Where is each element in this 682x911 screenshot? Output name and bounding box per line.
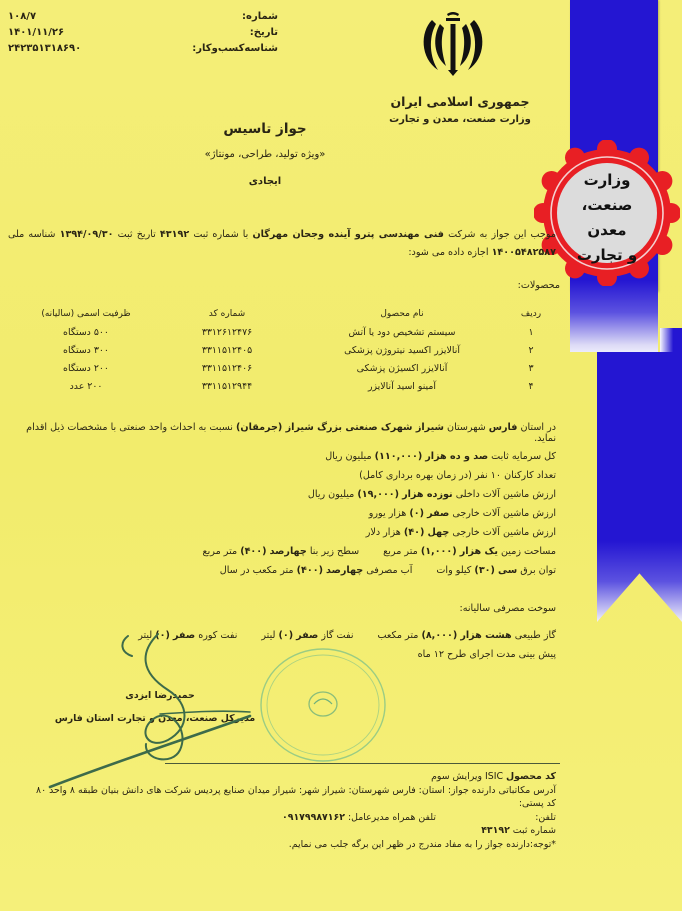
document-title: جواز تاسیس bbox=[180, 121, 350, 137]
county: شیراز شهرک صنعتی بزرگ شیراز (جرمقان) bbox=[236, 422, 444, 433]
spec-value: (۱,۰۰۰) bbox=[421, 546, 457, 557]
product-capacity: ۲۰۰ دستگاه bbox=[20, 363, 152, 374]
spec-unit: متر مربع bbox=[383, 546, 418, 557]
table-row: ۱ سیستم تشخیص دود یا آتش ۳۳۱۲۶۱۲۴۷۶ ۵۰۰ … bbox=[20, 323, 560, 341]
spec-foreign-machinery-usd: ارزش ماشین آلات خارجی چهل (۴۰) هزار دلار bbox=[100, 523, 556, 542]
spec-value: (۱۱۰,۰۰۰) bbox=[375, 451, 423, 462]
mobile-label: تلفن همراه مدیرعامل: bbox=[348, 811, 436, 825]
address-line: آدرس مکاتباتی دارنده جواز: استان: فارس ش… bbox=[6, 784, 556, 798]
spec-words: یک هزار bbox=[460, 546, 498, 557]
spec-label: ارزش ماشین آلات خارجی bbox=[452, 508, 556, 519]
footer: کد محصول ISIC ویرایش سوم آدرس مکاتباتی د… bbox=[6, 770, 556, 851]
product-name: آمینو اسید آنالایزر bbox=[302, 381, 502, 392]
spec-capital: کل سرمایه ثابت صد و ده هزار (۱۱۰,۰۰۰) می… bbox=[100, 447, 556, 466]
product-capacity: ۳۰۰ دستگاه bbox=[20, 345, 152, 356]
spec-foreign-machinery-eur: ارزش ماشین آلات خارجی صفر (۰) هزار یورو bbox=[100, 504, 556, 523]
spec-text: تعداد کارکنان ۱۰ نفر (در زمان بهره بردار… bbox=[359, 470, 556, 481]
spec-value: (۳۰) bbox=[474, 565, 495, 576]
fuel-label: سوخت مصرفی سالیانه: bbox=[100, 603, 556, 614]
fuel-gas-unit: متر مکعب bbox=[378, 630, 419, 641]
product-code: ۳۳۱۲۶۱۲۴۷۶ bbox=[152, 327, 302, 338]
spec-unit: کیلو وات bbox=[436, 565, 471, 576]
spec-value: (۱۹,۰۰۰) bbox=[357, 489, 399, 500]
table-row: ۲ آنالایزر اکسید نیتروژن پزشکی ۳۳۱۱۵۱۲۴۰… bbox=[20, 341, 560, 359]
number-row: شماره: ۱۰۸/۷ bbox=[8, 8, 278, 24]
product-name: آنالایزر اکسید نیتروژن پزشکی bbox=[302, 345, 502, 356]
ribbon-fold-left bbox=[570, 280, 658, 352]
spec-label: آب مصرفی bbox=[366, 565, 412, 576]
spec-unit: هزار یورو bbox=[369, 508, 407, 519]
grant-paragraph: موجب این جواز به شرکت فنی مهندسی پترو آی… bbox=[8, 226, 556, 262]
reg-date: ۱۳۹۴/۰۹/۳۰ bbox=[60, 229, 114, 240]
number-label: شماره: bbox=[198, 11, 278, 22]
reg-number: ۴۳۱۹۲ bbox=[160, 229, 189, 240]
country-name: جمهوری اسلامی ایران bbox=[380, 94, 540, 109]
spec-label: سطح زیر بنا bbox=[310, 546, 359, 557]
fuel-gas-words: هشت هزار bbox=[460, 630, 511, 641]
spec-unit: هزار دلار bbox=[366, 527, 401, 538]
reg-line: شماره ثبت ۴۳۱۹۲ bbox=[6, 824, 556, 838]
spec-value: (۴۰۰) bbox=[297, 565, 323, 576]
fuel-gas-label: گاز طبیعی bbox=[515, 630, 556, 641]
phone-label: تلفن: bbox=[436, 811, 556, 825]
spec-words: چهارصد bbox=[270, 546, 307, 557]
document-meta: شماره: ۱۰۸/۷ تاریخ: ۱۴۰۱/۱۱/۲۶ شناسه‌کسب… bbox=[8, 8, 278, 56]
spec-value: (۴۰) bbox=[404, 527, 425, 538]
grant-suffix: اجازه داده می شود: bbox=[408, 247, 488, 258]
product-name: آنالایزر اکسیژن پزشکی bbox=[302, 363, 502, 374]
isic-value: ISIC ویرایش سوم bbox=[431, 771, 503, 782]
divider-line bbox=[165, 763, 560, 764]
spec-label: توان برق bbox=[520, 565, 556, 576]
products-table: ردیف نام محصول شماره کد ظرفیت اسمی (سالی… bbox=[20, 305, 560, 395]
location-prefix: در استان bbox=[520, 422, 556, 433]
reg-label: با شماره ثبت bbox=[193, 229, 248, 240]
date-label: تاریخ: bbox=[198, 27, 278, 38]
specifications: کل سرمایه ثابت صد و ده هزار (۱۱۰,۰۰۰) می… bbox=[100, 447, 556, 580]
spec-words: صد و ده هزار bbox=[425, 451, 488, 462]
spec-words: چهارصد bbox=[326, 565, 363, 576]
county-label: شهرستان bbox=[447, 422, 486, 433]
spec-value: (۰) bbox=[409, 508, 424, 519]
date-row: تاریخ: ۱۴۰۱/۱۱/۲۶ bbox=[8, 24, 278, 40]
col-capacity: ظرفیت اسمی (سالیانه) bbox=[20, 309, 152, 319]
seal-line-3: و تجارت bbox=[560, 243, 654, 268]
spec-label: ارزش ماشین آلات داخلی bbox=[456, 489, 556, 500]
spec-words: نوزده هزار bbox=[402, 489, 453, 500]
document-subtitle: «ویژه تولید، طراحی، مونتاژ» bbox=[150, 149, 380, 160]
business-id-label: شناسه‌کسب‌وکار: bbox=[198, 43, 278, 54]
handwritten-signature-icon bbox=[40, 632, 280, 792]
seal-text: وزارت صنعت، معدن و تجارت bbox=[560, 168, 654, 268]
table-header: ردیف نام محصول شماره کد ظرفیت اسمی (سالی… bbox=[20, 305, 560, 323]
spec-unit: متر مکعب در سال bbox=[220, 565, 294, 576]
product-code: ۳۳۱۱۵۱۲۴۰۵ bbox=[152, 345, 302, 356]
product-code: ۳۳۱۱۵۱۲۹۴۴ bbox=[152, 381, 302, 392]
spec-words: چهل bbox=[427, 527, 449, 538]
product-capacity: ۵۰۰ دستگاه bbox=[20, 327, 152, 338]
location-line: در استان فارس شهرستان شیراز شهرک صنعتی ب… bbox=[8, 422, 556, 444]
project-duration: پیش بینی مدت اجرای طرح ۱۲ ماه bbox=[418, 649, 556, 660]
footer-reg-value: ۴۳۱۹۲ bbox=[481, 825, 510, 836]
date-value: ۱۴۰۱/۱۱/۲۶ bbox=[8, 27, 64, 38]
spec-area: مساحت زمین یک هزار (۱,۰۰۰) متر مربع سطح … bbox=[100, 542, 556, 561]
spec-words: صفر bbox=[427, 508, 449, 519]
col-name: نام محصول bbox=[302, 309, 502, 319]
spec-unit: میلیون ریال bbox=[325, 451, 371, 462]
fuel-gas-value: (۸,۰۰۰) bbox=[421, 630, 457, 641]
spec-domestic-machinery: ارزش ماشین آلات داخلی نوزده هزار (۱۹,۰۰۰… bbox=[100, 485, 556, 504]
spec-workers: تعداد کارکنان ۱۰ نفر (در زمان بهره بردار… bbox=[100, 466, 556, 485]
document-type: ایجادی bbox=[180, 176, 350, 187]
number-value: ۱۰۸/۷ bbox=[8, 11, 36, 22]
row-number: ۴ bbox=[502, 381, 560, 392]
product-name: سیستم تشخیص دود یا آتش bbox=[302, 327, 502, 338]
spec-words: سی bbox=[498, 565, 517, 576]
business-id-value: ۲۴۲۳۵۱۳۱۸۶۹۰ bbox=[8, 43, 81, 54]
spec-label: ارزش ماشین آلات خارجی bbox=[452, 527, 556, 538]
business-id-row: شناسه‌کسب‌وکار: ۲۴۲۳۵۱۳۱۸۶۹۰ bbox=[8, 40, 278, 56]
product-code: ۳۳۱۱۵۱۲۴۰۶ bbox=[152, 363, 302, 374]
spec-label: مساحت زمین bbox=[501, 546, 556, 557]
iran-emblem-icon bbox=[418, 10, 488, 80]
spec-value: (۴۰۰) bbox=[240, 546, 266, 557]
spec-unit: متر مربع bbox=[203, 546, 238, 557]
mobile-value: ۰۹۱۷۹۹۸۷۱۶۲ bbox=[282, 811, 345, 825]
table-row: ۴ آمینو اسید آنالایزر ۳۳۱۱۵۱۲۹۴۴ ۲۰۰ عدد bbox=[20, 377, 560, 395]
isic-line: کد محصول ISIC ویرایش سوم bbox=[6, 770, 556, 784]
footer-reg-label: شماره ثبت bbox=[513, 825, 556, 836]
phone-line: تلفن: تلفن همراه مدیرعامل: ۰۹۱۷۹۹۸۷۱۶۲ bbox=[6, 811, 556, 825]
col-row: ردیف bbox=[502, 309, 560, 319]
grant-prefix: موجب این جواز به شرکت bbox=[448, 229, 556, 240]
table-row: ۳ آنالایزر اکسیژن پزشکی ۳۳۱۱۵۱۲۴۰۶ ۲۰۰ د… bbox=[20, 359, 560, 377]
col-code: شماره کد bbox=[152, 309, 302, 319]
fuel-diesel-value: (۰) bbox=[278, 630, 293, 641]
national-id: ۱۴۰۰۵۴۸۲۵۸۷ bbox=[492, 247, 556, 258]
fuel-diesel-words: صفر bbox=[296, 630, 318, 641]
row-number: ۳ bbox=[502, 363, 560, 374]
product-capacity: ۲۰۰ عدد bbox=[20, 381, 152, 392]
seal-line-1: وزارت bbox=[560, 168, 654, 193]
province: فارس bbox=[489, 422, 518, 433]
reg-date-label: تاریخ ثبت bbox=[118, 229, 156, 240]
ribbon-tail bbox=[597, 352, 682, 622]
seal-line-2: صنعت، معدن bbox=[560, 193, 654, 243]
isic-label: کد محصول bbox=[506, 771, 556, 782]
products-label: محصولات: bbox=[100, 280, 560, 291]
national-id-label: شناسه ملی bbox=[8, 229, 55, 240]
fuel-diesel-label: نفت گاز bbox=[321, 630, 353, 641]
license-document: وزارت صنعت، معدن و تجارت شماره: ۱۰۸/۷ تا… bbox=[0, 0, 682, 911]
spec-unit: میلیون ریال bbox=[308, 489, 354, 500]
row-number: ۱ bbox=[502, 327, 560, 338]
note-line: *توجه:دارنده جواز را به مفاد مندرج در ظه… bbox=[6, 838, 556, 852]
spec-utilities: توان برق سی (۳۰) کیلو وات آب مصرفی چهارص… bbox=[100, 561, 556, 580]
row-number: ۲ bbox=[502, 345, 560, 356]
postal-line: کد پستی: bbox=[6, 797, 556, 811]
company-name: فنی مهندسی پترو آینده وجحان مهرگان bbox=[252, 229, 444, 240]
spec-label: کل سرمایه ثابت bbox=[491, 451, 556, 462]
ministry-name: وزارت صنعت، معدن و تجارت bbox=[380, 114, 540, 125]
